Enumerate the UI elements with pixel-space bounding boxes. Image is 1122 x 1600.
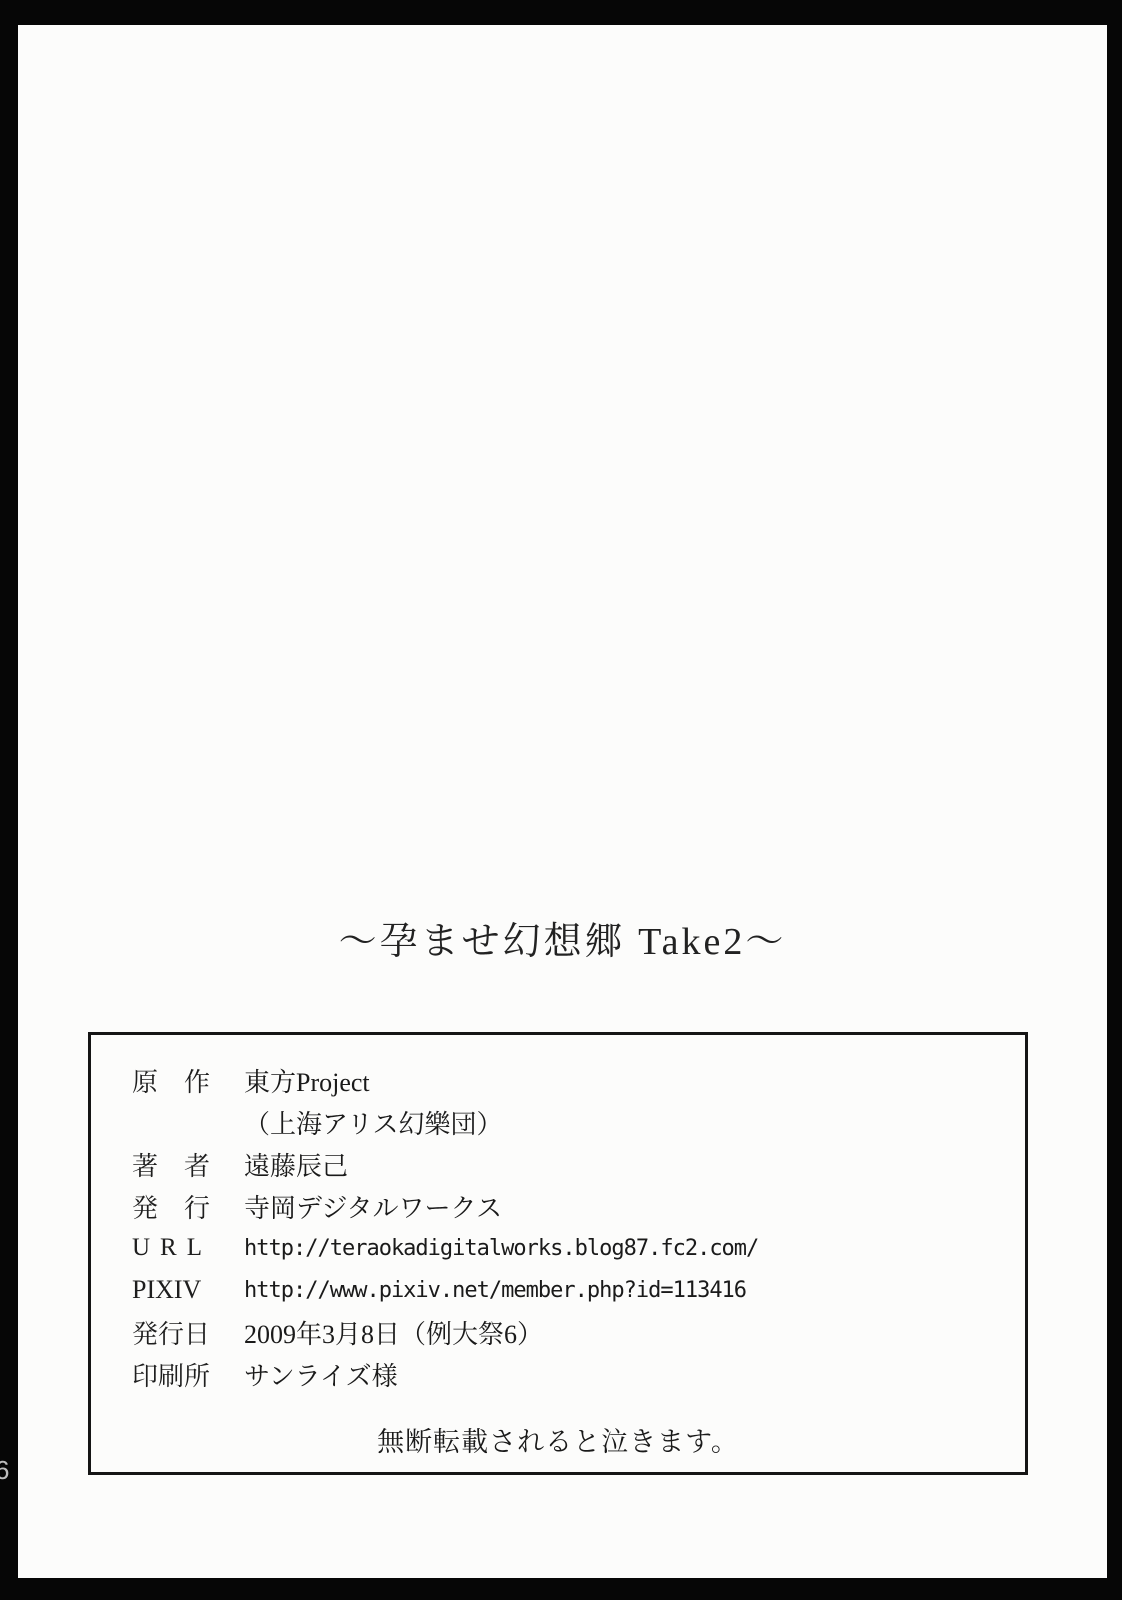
page-number: 6 (0, 1455, 9, 1486)
reprint-note: 無断転載されると泣きます。 (91, 1420, 1025, 1459)
row-value: 遠藤辰己 (244, 1146, 348, 1183)
row-label: 著 者 (132, 1146, 244, 1183)
colophon-rows: 原 作 東方Project （上海アリス幻樂団） 著 者 遠藤辰己 発 行 寺岡… (132, 1059, 1005, 1395)
row-label: URL (132, 1234, 244, 1262)
colophon-row-pixiv: PIXIV http://www.pixiv.net/member.php?id… (132, 1269, 1005, 1311)
paper: ～孕ませ幻想郷 Take2～ 原 作 東方Project （上海アリス幻樂団） … (18, 25, 1107, 1578)
row-value-url: http://teraokadigitalworks.blog87.fc2.co… (244, 1236, 758, 1261)
colophon-row-original-work: 原 作 東方Project (132, 1059, 1005, 1101)
book-title: ～孕ませ幻想郷 Take2～ (18, 910, 1107, 965)
colophon-row-url: URL http://teraokadigitalworks.blog87.fc… (132, 1227, 1005, 1269)
colophon-box: 原 作 東方Project （上海アリス幻樂団） 著 者 遠藤辰己 発 行 寺岡… (88, 1032, 1028, 1475)
row-label: 発 行 (132, 1188, 244, 1225)
row-value: 2009年3月8日（例大祭6） (244, 1314, 543, 1351)
colophon-row-printer: 印刷所 サンライズ様 (132, 1353, 1005, 1395)
row-value-url: http://www.pixiv.net/member.php?id=11341… (244, 1278, 746, 1303)
colophon-row-publisher: 発 行 寺岡デジタルワークス (132, 1185, 1005, 1227)
colophon-row-original-circle: （上海アリス幻樂団） (132, 1101, 1005, 1143)
row-label: 発行日 (132, 1314, 244, 1351)
row-label: 印刷所 (132, 1356, 244, 1393)
row-value: 寺岡デジタルワークス (244, 1188, 502, 1225)
row-label: PIXIV (132, 1275, 244, 1305)
row-label: 原 作 (132, 1062, 244, 1099)
colophon-row-author: 著 者 遠藤辰己 (132, 1143, 1005, 1185)
colophon-row-publication-date: 発行日 2009年3月8日（例大祭6） (132, 1311, 1005, 1353)
row-value: 東方Project (244, 1062, 370, 1099)
row-value: （上海アリス幻樂団） (244, 1104, 502, 1141)
row-value: サンライズ様 (244, 1356, 398, 1393)
